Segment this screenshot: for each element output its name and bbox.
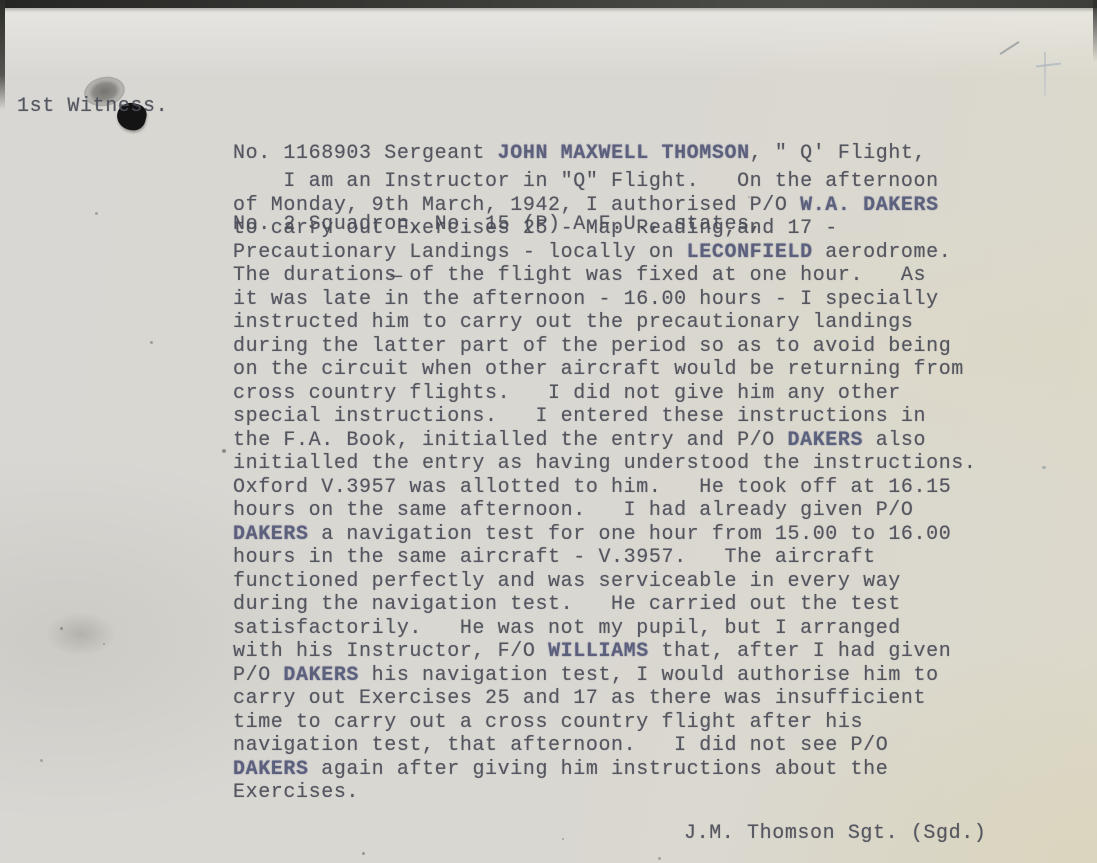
scan-edge-top [0, 0, 1097, 8]
pencil-tick-mark [999, 41, 1019, 55]
statement-line: cross country flights. I did not give hi… [233, 382, 977, 406]
statement-line: hours on the same afternoon. I had alrea… [233, 499, 977, 523]
paper-speck [40, 759, 43, 762]
statement-line: on the circuit when other aircraft would… [233, 358, 977, 382]
statement-line: to carry out Exercises 25 - Map Reading,… [233, 217, 977, 241]
emphasized-name: LECONFIELD [687, 241, 813, 264]
paper-speck [562, 838, 564, 840]
pencil-line-mark [1044, 52, 1046, 96]
pencil-dash-mark [1036, 62, 1061, 67]
header-line: No. 1168903 Sergeant JOHN MAXWELL THOMSO… [233, 142, 926, 166]
paper-speck [222, 449, 226, 453]
paper-speck [95, 212, 98, 215]
paper-smudge [46, 612, 116, 656]
emphasized-name: JOHN MAXWELL THOMSON [498, 142, 750, 165]
statement-line: P/O DAKERS his navigation test, I would … [233, 664, 977, 688]
statement-line: satisfactorily. He was not my pupil, but… [233, 617, 977, 641]
statement-line: the F.A. Book, initialled the entry and … [233, 429, 977, 453]
statement-line: Exercises. [233, 781, 977, 805]
paper-speck [150, 341, 153, 344]
scan-edge-right [1093, 0, 1097, 62]
emphasized-name: WILLIAMS [548, 640, 649, 663]
statement-line: The durations̶ of the flight was fixed a… [233, 264, 977, 288]
scan-edge-left [0, 0, 5, 110]
statement-line: DAKERS again after giving him instructio… [233, 758, 977, 782]
statement-line: of Monday, 9th March, 1942, I authorised… [233, 194, 977, 218]
statement-line: carry out Exercises 25 and 17 as there w… [233, 687, 977, 711]
statement-line: during the latter part of the period so … [233, 335, 977, 359]
scanned-document-page: 1st Witness. No. 1168903 Sergeant JOHN M… [0, 0, 1097, 863]
statement-line: navigation test, that afternoon. I did n… [233, 734, 977, 758]
statement-line: special instructions. I entered these in… [233, 405, 977, 429]
signature-line: J.M. Thomson Sgt. (Sgd.) [684, 822, 986, 846]
emphasized-name: DAKERS [233, 758, 309, 781]
paper-speck [1042, 466, 1046, 469]
paper-speck [362, 852, 365, 855]
emphasized-name: DAKERS [233, 523, 309, 546]
witness-label: 1st Witness. [17, 95, 168, 119]
paper-speck [103, 643, 105, 645]
statement-line: Precautionary Landings - locally on LECO… [233, 241, 977, 265]
statement-line: during the navigation test. He carried o… [233, 593, 977, 617]
statement-line: instructed him to carry out the precauti… [233, 311, 977, 335]
statement-line: Oxford V.3957 was allotted to him. He to… [233, 476, 977, 500]
statement-line: time to carry out a cross country flight… [233, 711, 977, 735]
statement-line: hours in the same aircraft - V.3957. The… [233, 546, 977, 570]
statement-line: initialled the entry as having understoo… [233, 452, 977, 476]
paper-speck [60, 627, 63, 630]
emphasized-name: DAKERS [283, 664, 359, 687]
paper-speck [658, 857, 661, 860]
statement-line: I am an Instructor in "Q" Flight. On the… [233, 170, 977, 194]
statement-body: I am an Instructor in "Q" Flight. On the… [233, 170, 977, 805]
statement-line: it was late in the afternoon - 16.00 hou… [233, 288, 977, 312]
statement-line: functioned perfectly and was serviceable… [233, 570, 977, 594]
emphasized-name: W.A. DAKERS [800, 194, 939, 217]
statement-line: DAKERS a navigation test for one hour fr… [233, 523, 977, 547]
statement-line: with his Instructor, F/O WILLIAMS that, … [233, 640, 977, 664]
emphasized-name: DAKERS [788, 429, 864, 452]
